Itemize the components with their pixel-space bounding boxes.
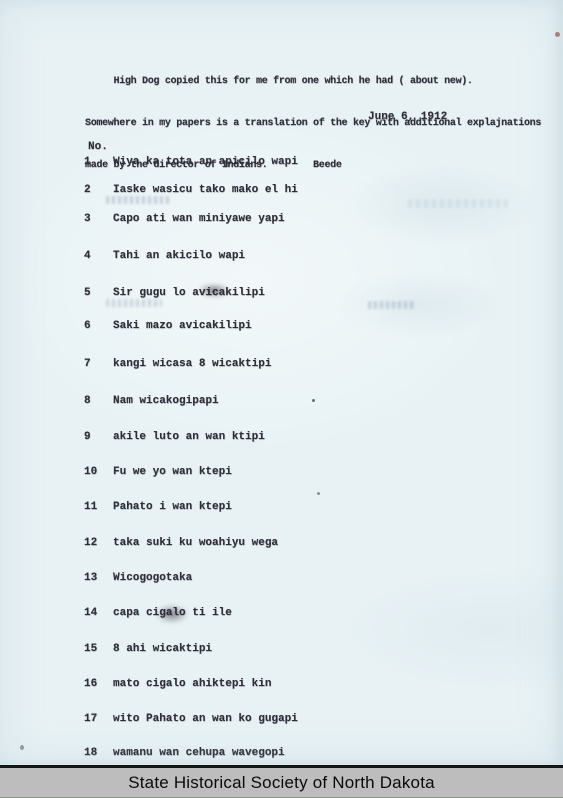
item-number: 9 [84, 431, 91, 444]
item-text: Capo ati wan miniyawe yapi [113, 213, 513, 226]
item-text: wamanu wan cehupa wavegopi [113, 747, 513, 760]
item-number: 13 [84, 572, 97, 585]
list-number-header: No. [88, 141, 108, 153]
item-text: akile luto an wan ktipi [113, 431, 513, 444]
faint-marks-smudge [408, 199, 508, 208]
item-number: 18 [84, 747, 97, 760]
item-number: 15 [84, 643, 97, 656]
ink-blotch [192, 281, 236, 300]
item-number: 1 [84, 156, 91, 169]
item-text: Iaske wasicu tako mako el hi [113, 184, 513, 197]
archive-caption-bar: State Historical Society of North Dakota [0, 768, 563, 798]
item-text: Wicogogotaka [113, 572, 513, 585]
item-number: 5 [84, 287, 91, 300]
item-text: kangi wicasa 8 wicaktipi [113, 358, 513, 371]
item-text: mato cigalo ahiktepi kin [113, 678, 513, 691]
item-number: 10 [84, 466, 97, 479]
item-number: 11 [84, 501, 97, 514]
faint-marks-smudge [368, 301, 416, 309]
item-text: Tahi an akicilo wapi [113, 250, 513, 263]
erased-text-smudge [106, 299, 162, 307]
item-text: Sir gugu lo avicakilipi [113, 287, 513, 300]
item-text: Wiya ka tota an apicilo wapi [113, 156, 513, 169]
ink-speck [20, 745, 24, 750]
ink-speck [312, 399, 315, 402]
item-number: 12 [84, 537, 97, 550]
ink-blotch [150, 601, 194, 627]
item-text: taka suki ku woahiyu wega [113, 537, 513, 550]
item-text: Fu we yo wan ktepi [113, 466, 513, 479]
scanned-document-page: High Dog copied this for me from one whi… [0, 0, 563, 798]
item-number: 17 [84, 713, 97, 726]
item-text: Pahato i wan ktepi [113, 501, 513, 514]
item-number: 16 [84, 678, 97, 691]
item-number: 7 [84, 358, 91, 371]
item-number: 6 [84, 320, 91, 333]
ink-speck [317, 492, 320, 495]
red-speck [555, 32, 560, 37]
item-number: 4 [84, 250, 91, 263]
item-number: 3 [84, 213, 91, 226]
item-number: 8 [84, 395, 91, 408]
header-note-line: High Dog copied this for me from one whi… [85, 75, 541, 89]
item-number: 2 [84, 184, 91, 197]
header-note-line: Somewhere in my papers is a translation … [85, 117, 541, 131]
item-text: 8 ahi wicaktipi [113, 643, 513, 656]
date-line: June 6, 1912 [368, 111, 447, 123]
item-number: 14 [84, 607, 97, 620]
item-text: wito Pahato an wan ko gugapi [113, 713, 513, 726]
item-text: Saki mazo avicakilipi [113, 320, 513, 333]
archive-caption: State Historical Society of North Dakota [0, 768, 563, 797]
erased-text-smudge [106, 196, 170, 204]
header-note: High Dog copied this for me from one whi… [85, 47, 541, 201]
